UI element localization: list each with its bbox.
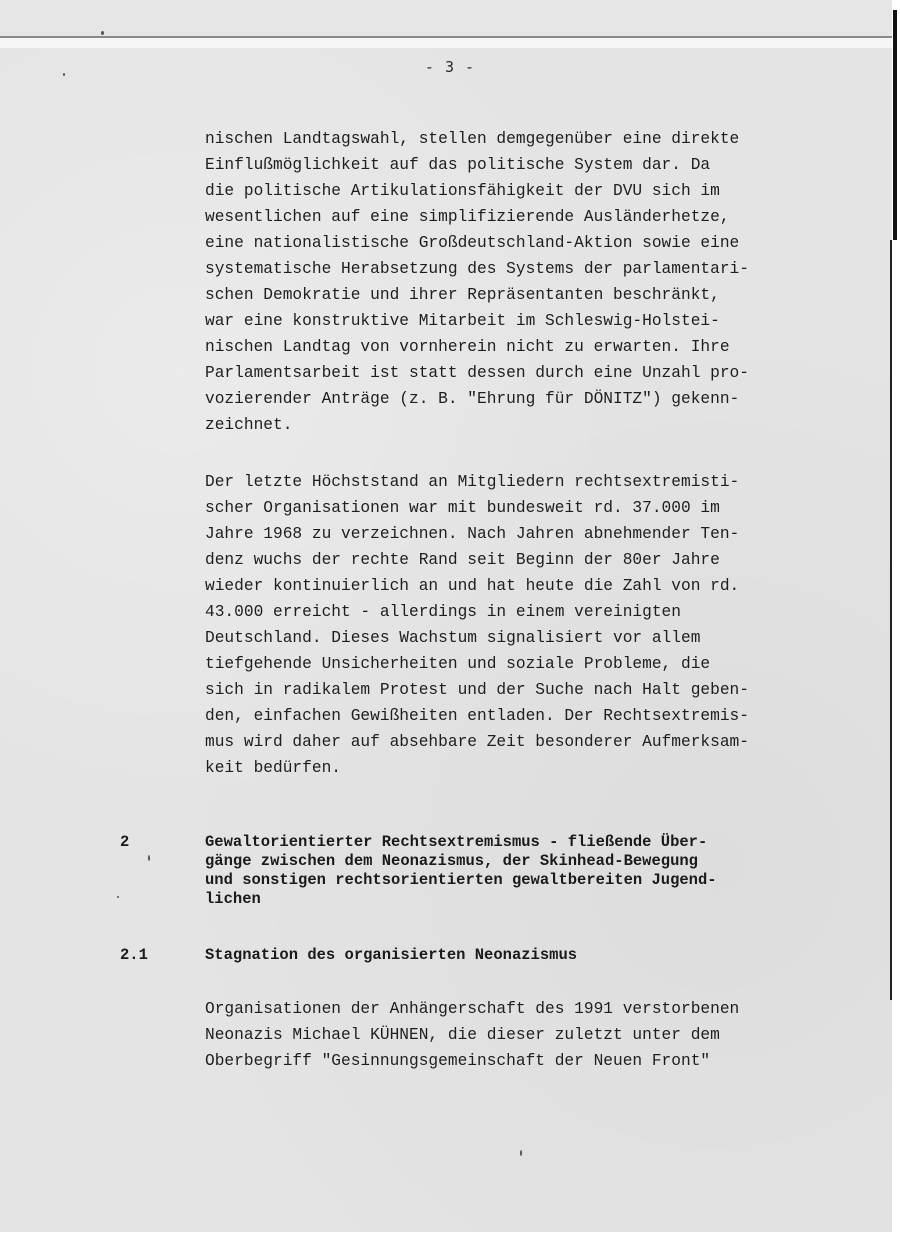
scan-right-edge [893, 10, 897, 240]
scan-speck [148, 855, 150, 861]
scan-speck [117, 896, 119, 898]
scan-speck [520, 1150, 522, 1156]
scan-top-band [0, 38, 892, 48]
page-number: - 3 - [0, 58, 900, 76]
section-heading-2-1: Stagnation des organisierten Neonazismus [205, 946, 577, 965]
paragraph-3: Organisationen der Anhängerschaft des 19… [205, 996, 739, 1074]
scan-right-edge-thin [890, 240, 892, 1000]
paragraph-2: Der letzte Höchststand an Mitgliedern re… [205, 469, 749, 781]
section-number-2: 2 [120, 833, 129, 851]
section-heading-2: Gewaltorientierter Rechtsextremismus - f… [205, 833, 717, 909]
scan-top-margin [0, 0, 892, 36]
scan-speck [101, 31, 104, 35]
scanned-page: - 3 - nischen Landtagswahl, stellen demg… [0, 0, 892, 1232]
section-number-2-1: 2.1 [120, 946, 148, 964]
paragraph-1: nischen Landtagswahl, stellen demgegenüb… [205, 126, 749, 438]
